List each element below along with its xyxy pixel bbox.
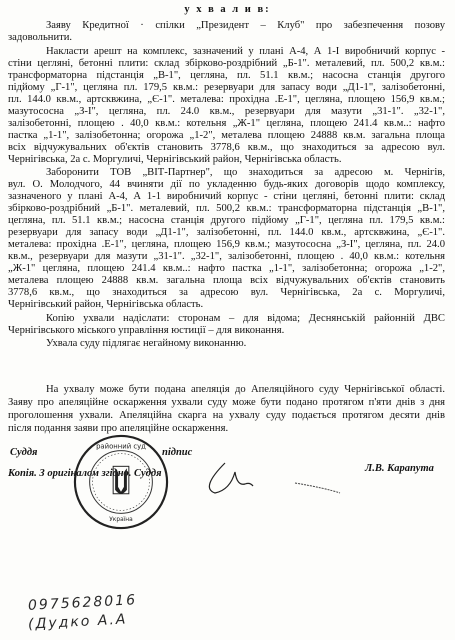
text-line: стіни цегляні, бетонні плити: склад збір… xyxy=(8,58,445,70)
text-line: задовольнити. xyxy=(8,32,445,44)
text-line: 3778,6 кв.м., що знаходиться за адресою … xyxy=(8,287,445,299)
trident-emblem-icon xyxy=(115,468,127,493)
text-line: кв.м., резервуари для мазути „31-1". „32… xyxy=(8,251,445,263)
text-line: залізобетонні, площею . 40,0 кв.м.: коте… xyxy=(8,118,445,130)
text-line: мазутососна „З-І", цегляна, пл. 24.0 кв.… xyxy=(8,106,445,118)
text-line: пастка „1-1", залізобетонна; огорожа „1-… xyxy=(8,130,445,142)
text-line: Заяву про апеляційне оскарження ухвали с… xyxy=(8,397,445,409)
text-line: проголошення ухвали. Апеляційна скарга н… xyxy=(8,410,445,422)
handwritten-name: (Дудко А.А xyxy=(28,611,128,632)
ruling-heading: у х в а л и в: xyxy=(0,4,455,15)
text-line: цегляна, пл. 51.1 кв.м.; насосна станція… xyxy=(8,215,445,227)
text-line: вул. О. Молодчого, 44 вчиняти дії по укл… xyxy=(8,179,445,191)
text-line: всіх відчужувальних об'єктів становить 3… xyxy=(8,142,445,154)
text-line: Копію ухвали надіслати: сторонам – для в… xyxy=(46,313,445,325)
text-line: Чернігівський район, Чернігівська област… xyxy=(8,299,445,311)
text-line: металева: прохідна .Е-1", цегляна, площе… xyxy=(8,239,445,251)
text-line: Заяву Кредитної · спілки „Президент – Кл… xyxy=(46,20,445,32)
svg-text:Україна: Україна xyxy=(109,517,133,523)
text-line: На ухвалу може бути подана апеляція до А… xyxy=(46,384,445,396)
text-line: Заборонити ТОВ „ВІТ-Партнер", що знаходи… xyxy=(46,167,445,179)
court-ruling-page: у х в а л и в: Заяву Кредитної · спілки … xyxy=(0,0,455,640)
text-line: пл. 144.0 кв.м., артсквжина, „Є-1". мета… xyxy=(8,94,445,106)
judge-signature-icon xyxy=(195,458,345,498)
text-line: Чернігівська, 2а с. Моргуличі, Чернігівс… xyxy=(8,154,445,166)
text-line: Ухвала суду підлягає негайному виконанню… xyxy=(46,338,445,350)
text-line: резервуари для запасу води „Д1-1", заліз… xyxy=(8,227,445,239)
text-line: зазначеного у плані А-4, А 1-1 виробничи… xyxy=(8,191,445,203)
text-line: „Ж-1" цегляна, площею 241.4 кв.м..: нафт… xyxy=(8,263,445,275)
court-stamp-icon: районний суд Україна xyxy=(72,433,170,531)
svg-text:районний суд: районний суд xyxy=(96,443,146,451)
text-line: Чернігівського міського управління юстиц… xyxy=(8,325,445,337)
judge-label: Суддя xyxy=(10,447,37,458)
text-line: збірково-роздрібний „Б-1". металевий, пл… xyxy=(8,203,445,215)
text-line: трансформаторна підстанція „В-1", цеглян… xyxy=(8,70,445,82)
text-line: металева площею 24888 кв.м. загальна пло… xyxy=(8,275,445,287)
handwritten-phone: 0975628016 xyxy=(28,592,138,614)
text-line: Накласти арешт на комплекс, зазначений у… xyxy=(46,46,445,58)
text-line: підйому „Г-1", цегляна пл. 179,5 кв.м.: … xyxy=(8,82,445,94)
judge-name: Л.В. Карапута xyxy=(365,463,434,474)
